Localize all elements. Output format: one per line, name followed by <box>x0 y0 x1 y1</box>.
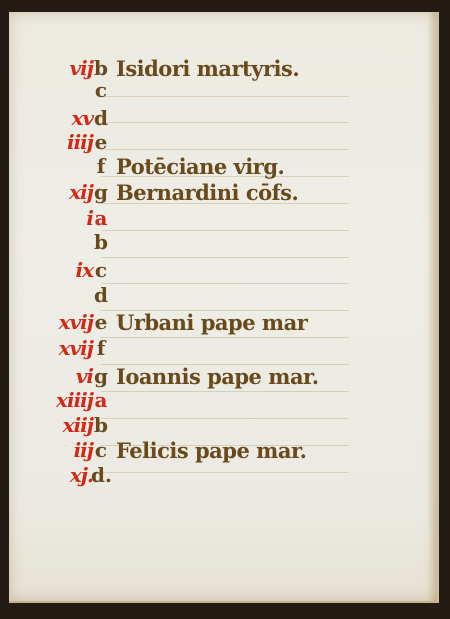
dominical-letter: d. <box>91 463 111 487</box>
golden-number: xij <box>47 180 93 204</box>
dominical-letter: c <box>91 78 111 102</box>
dominical-letter: e <box>91 130 111 154</box>
feast-entry: Urbani pape mar <box>116 310 307 335</box>
dominical-letter: b <box>91 413 111 437</box>
golden-number: ix <box>47 258 93 282</box>
dominical-letter: g <box>91 180 111 204</box>
calendar-row: ix c <box>9 258 437 282</box>
calendar-row: xvij e Urbani pape mar <box>9 310 437 334</box>
calendar-row: d <box>9 283 437 307</box>
calendar-row: vij b Isidori martyris. <box>9 56 437 80</box>
dominical-letter: f <box>91 154 111 178</box>
golden-number: xv <box>47 106 93 130</box>
golden-number: xj. <box>47 463 93 487</box>
calendar-row: xj. d. <box>9 463 437 487</box>
dominical-letter: f <box>91 336 111 360</box>
golden-number: xiiij <box>47 388 93 412</box>
feast-entry: Bernardini cōfs. <box>116 180 298 205</box>
dominical-letter: c <box>91 258 111 282</box>
calendar-row: xvij f <box>9 336 437 360</box>
dominical-letter: b <box>91 230 111 254</box>
feast-entry: Ioannis pape mar. <box>116 364 319 389</box>
golden-number: iij <box>47 438 93 462</box>
dominical-letter: c <box>91 438 111 462</box>
dominical-letter: d <box>91 283 111 307</box>
golden-number: iiij <box>47 130 93 154</box>
calendar-row: xiiij a <box>9 388 437 412</box>
dominical-letter: g <box>91 364 111 388</box>
dominical-letter: a <box>91 388 111 412</box>
golden-number: xvij <box>47 336 93 360</box>
golden-number: i <box>47 206 93 230</box>
calendar-row: xij g Bernardini cōfs. <box>9 180 437 204</box>
golden-number: vij <box>47 56 93 80</box>
calendar-row: i a <box>9 206 437 230</box>
golden-number: xiij <box>47 413 93 437</box>
dominical-letter: d <box>91 106 111 130</box>
feast-entry: Felicis pape mar. <box>116 438 306 463</box>
calendar-row: c <box>9 78 437 102</box>
golden-number: vi <box>47 364 93 388</box>
feast-entry: Potēciane virg. <box>116 154 284 179</box>
calendar-row: xiij b <box>9 413 437 437</box>
dominical-letter: e <box>91 310 111 334</box>
calendar-row: iiij e <box>9 130 437 154</box>
dominical-letter: b <box>91 56 111 80</box>
calendar-row: xv d <box>9 106 437 130</box>
calendar-row: b <box>9 230 437 254</box>
calendar-row: iij c Felicis pape mar. <box>9 438 437 462</box>
golden-number: xvij <box>47 310 93 334</box>
dominical-letter: a <box>91 206 111 230</box>
calendar-row: vi g Ioannis pape mar. <box>9 364 437 388</box>
manuscript-leaf: vij b Isidori martyris. c xv d iiij e f … <box>9 12 439 603</box>
calendar-row: f Potēciane virg. <box>9 154 437 178</box>
